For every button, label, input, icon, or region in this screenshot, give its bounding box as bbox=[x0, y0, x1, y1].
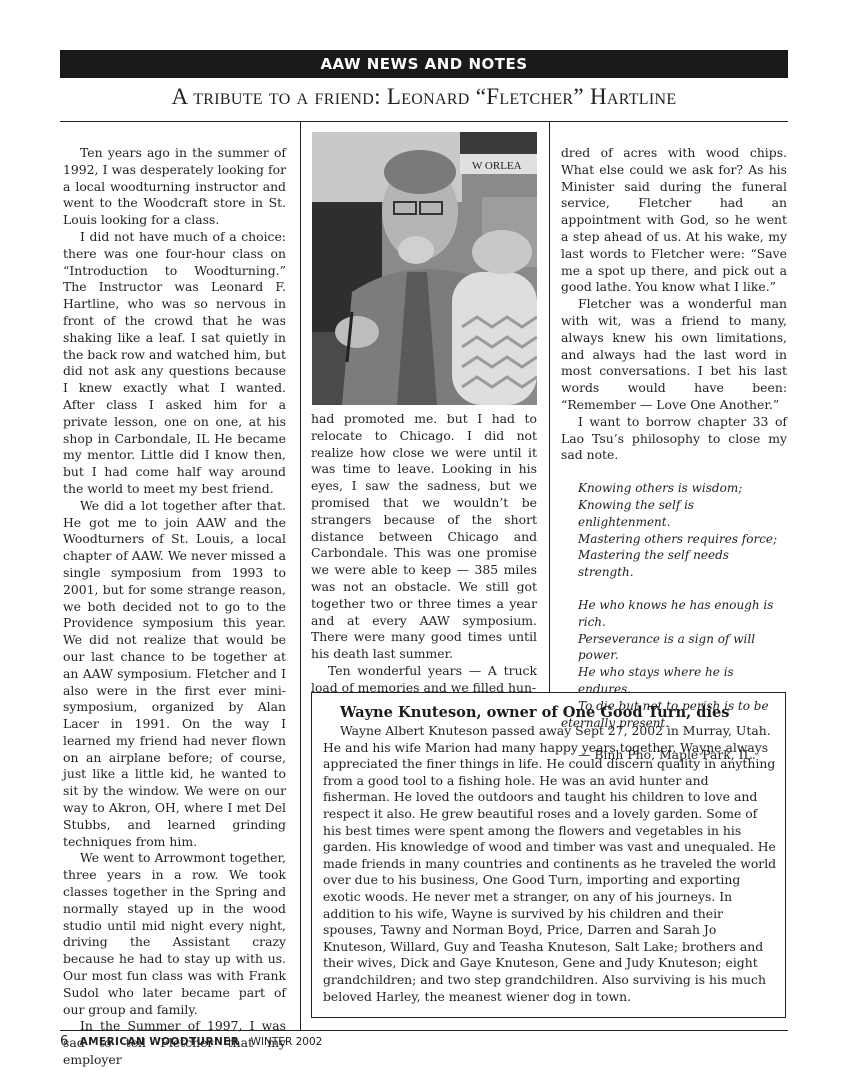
article-column-2: had promoted me. but I had to relocate t… bbox=[311, 411, 537, 697]
poem-line: He who knows he has enough is rich. bbox=[561, 597, 787, 631]
sidebar-heading: Wayne Knuteson, owner of One Good Turn, … bbox=[340, 704, 729, 721]
obituary-sidebar-box: Wayne Knuteson, owner of One Good Turn, … bbox=[311, 692, 786, 1018]
paragraph: Wayne Albert Knuteson passed away Sept 2… bbox=[323, 723, 778, 1005]
issue-label: WINTER 2002 bbox=[251, 1036, 323, 1048]
top-rule-divider bbox=[60, 121, 788, 122]
paragraph: Ten years ago in the summer of 1992, I w… bbox=[63, 145, 286, 229]
portrait-photo: W ORLEA bbox=[312, 132, 537, 405]
poem-stanza: Knowing others is wisdom; Knowing the se… bbox=[561, 480, 787, 581]
paragraph: I want to borrow chapter 33 of Lao Tsu’s… bbox=[561, 414, 787, 464]
paragraph: had promoted me. but I had to relocate t… bbox=[311, 411, 537, 663]
column-divider-2 bbox=[549, 121, 550, 692]
page-footer: 6 AMERICAN WOODTURNER WINTER 2002 bbox=[60, 1034, 322, 1050]
article-column-3: dred of acres with wood chips. What else… bbox=[561, 145, 787, 764]
poem-line: Knowing others is wisdom; bbox=[561, 480, 787, 497]
paragraph: We went to Arrowmont together, three yea… bbox=[63, 850, 286, 1018]
poem-line: Mastering others requires force; bbox=[561, 531, 787, 548]
bottom-rule-divider bbox=[60, 1030, 788, 1031]
paragraph: I did not have much of a choice: there w… bbox=[63, 229, 286, 498]
svg-text:W ORLEA: W ORLEA bbox=[472, 160, 522, 172]
page-number: 6 bbox=[60, 1034, 68, 1049]
magazine-name: AMERICAN WOODTURNER bbox=[80, 1036, 240, 1048]
section-header-bar: AAW NEWS AND NOTES bbox=[60, 50, 788, 78]
poem-line: Mastering the self needs strength. bbox=[561, 547, 787, 581]
article-title: A tribute to a friend: Leonard “Fletcher… bbox=[60, 84, 788, 110]
photo-image: W ORLEA bbox=[312, 132, 537, 405]
column-divider-1 bbox=[300, 121, 301, 1030]
sidebar-body: Wayne Albert Knuteson passed away Sept 2… bbox=[323, 723, 778, 1005]
section-label: AAW NEWS AND NOTES bbox=[320, 55, 527, 73]
article-column-1: Ten years ago in the summer of 1992, I w… bbox=[63, 145, 286, 1069]
paragraph: We did a lot together after that. He got… bbox=[63, 498, 286, 851]
paragraph: Fletcher was a wonderful man with wit, w… bbox=[561, 296, 787, 414]
poem-line: Knowing the self is enlightenment. bbox=[561, 497, 787, 531]
poem-line: Perseverance is a sign of will power. bbox=[561, 631, 787, 665]
paragraph: dred of acres with wood chips. What else… bbox=[561, 145, 787, 296]
